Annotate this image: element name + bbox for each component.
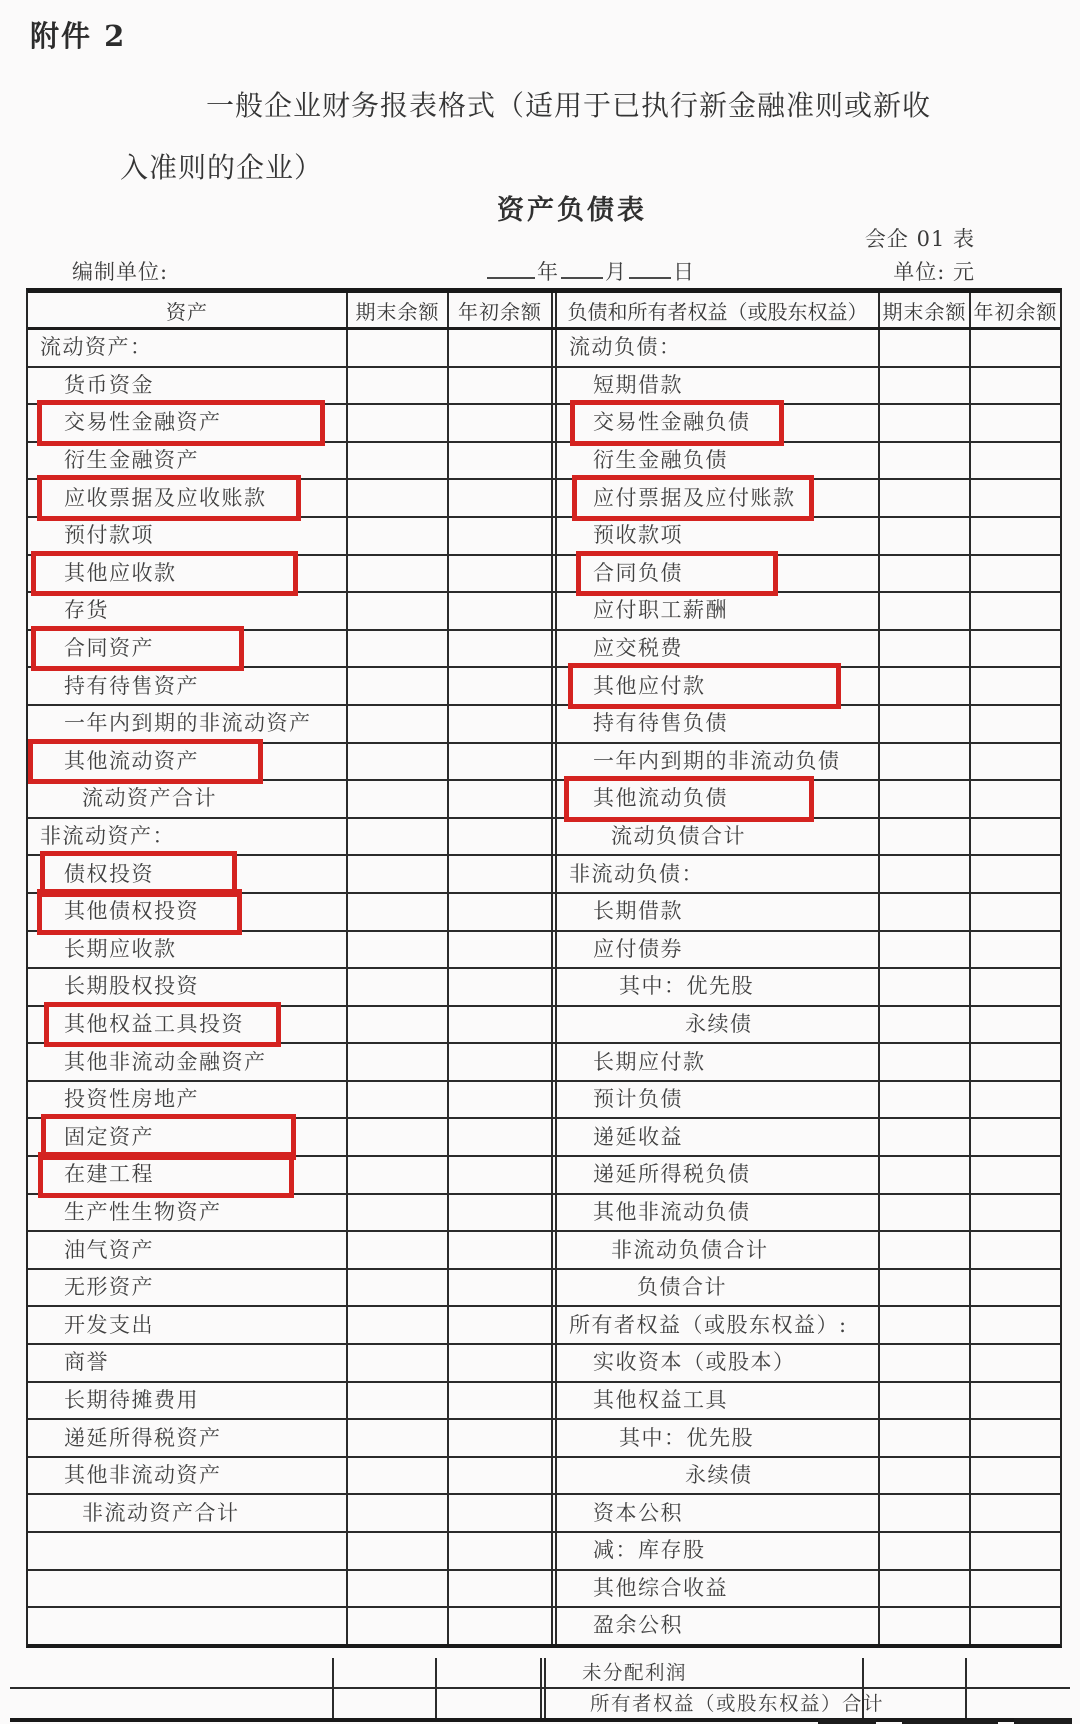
amount-cell [880,1420,971,1456]
label-cell: 长期借款 [551,894,880,930]
amount-cell [348,668,449,704]
amount-cell [449,480,551,516]
day-label: 日 [673,260,695,284]
label-cell: 资本公积 [551,1495,880,1531]
amount-cell [334,1658,437,1687]
amount-cell [348,856,449,892]
amount-cell [449,819,551,855]
label-cell: 商誉 [28,1345,348,1381]
amount-cell [971,1571,1060,1607]
amount-cell [971,1420,1060,1456]
row-label: 交易性金融负债 [557,412,751,433]
year-label: 年 [537,260,559,284]
label-cell: 一年内到期的非流动资产 [28,706,348,742]
header-assets: 资产 [28,293,348,327]
row-label: 预计负债 [557,1089,683,1110]
amount-cell [971,819,1060,855]
day-blank [629,259,671,279]
label-cell: 非流动负债合计 [551,1232,880,1268]
amount-cell [334,1689,437,1718]
table-row: 存货应付职工薪酬 [28,593,1060,631]
amount-cell [449,368,551,404]
amount-cell [880,894,971,930]
row-label: 递延收益 [557,1127,683,1148]
amount-cell [449,1571,551,1607]
amount-cell [971,631,1060,667]
label-cell: 其他流动资产 [28,744,348,780]
amount-cell [348,1044,449,1080]
amount-cell [437,1689,540,1718]
table-row: 递延所得税资产其中：优先股 [28,1420,1060,1458]
row-label: 长期应付款 [557,1052,706,1073]
amount-cell [348,744,449,780]
label-cell: 投资性房地产 [28,1082,348,1118]
amount-cell [449,1533,551,1569]
amount-cell [971,1458,1060,1494]
amount-cell [880,1307,971,1343]
label-cell: 递延所得税负债 [551,1157,880,1193]
amount-cell [880,368,971,404]
header-liabilities-beginning-balance: 年初余额 [971,293,1060,327]
amount-cell [971,706,1060,742]
amount-cell [864,1689,967,1718]
month-blank [561,259,603,279]
row-label: 永续债 [557,1014,753,1035]
row-label: 合同负债 [557,563,683,584]
amount-cell [880,631,971,667]
label-cell: 应付职工薪酬 [551,593,880,629]
amount-cell [348,1420,449,1456]
label-cell: 交易性金融资产 [28,405,348,441]
amount-cell [449,969,551,1005]
table-row: 在建工程递延所得税负债 [28,1157,1060,1195]
amount-cell [971,1345,1060,1381]
table-row: 持有待售资产其他应付款 [28,668,1060,706]
amount-cell [449,1608,551,1644]
amount-cell [880,1007,971,1043]
label-cell: 应交税费 [551,631,880,667]
amount-cell [880,932,971,968]
table-row: 其他流动资产一年内到期的非流动负债 [28,744,1060,782]
amount-cell [880,1383,971,1419]
row-label: 所有者权益（或股东权益）合计 [546,1694,884,1714]
document-title-line2: 入准则的企业） [120,146,323,186]
row-label: 流动负债： [557,337,682,358]
cutoff-mark [1014,1718,1072,1724]
row-label: 预收款项 [557,525,683,546]
amount-cell [449,1119,551,1155]
table-row: 应收票据及应收账款应付票据及应付账款 [28,480,1060,518]
table-row: 货币资金短期借款 [28,368,1060,406]
amount-cell [971,781,1060,817]
amount-cell [437,1658,540,1687]
amount-cell [880,443,971,479]
amount-cell [449,1345,551,1381]
amount-cell [449,1270,551,1306]
amount-cell [348,1119,449,1155]
amount-cell [880,1571,971,1607]
table-row: 债权投资非流动负债： [28,856,1060,894]
table-row: 非流动资产合计资本公积 [28,1495,1060,1533]
row-label: 应付职工薪酬 [557,600,728,621]
amount-cell [348,1270,449,1306]
label-cell: 所有者权益（或股东权益）: [551,1307,880,1343]
amount-cell [880,518,971,554]
row-label: 盈余公积 [557,1615,683,1636]
amount-cell [880,405,971,441]
amount-cell [348,894,449,930]
label-cell: 在建工程 [28,1157,348,1193]
amount-cell [971,668,1060,704]
table-row: 开发支出所有者权益（或股东权益）: [28,1307,1060,1345]
amount-cell [880,330,971,366]
row-label: 长期借款 [557,901,683,922]
amount-cell [880,1495,971,1531]
amount-cell [971,894,1060,930]
amount-cell [449,593,551,629]
amount-cell [880,744,971,780]
row-label: 其他流动负债 [557,788,728,809]
row-label: 其他综合收益 [557,1578,728,1599]
table-row: 减：库存股 [28,1533,1060,1571]
label-cell [28,1571,348,1607]
label-cell: 货币资金 [28,368,348,404]
amount-cell [880,1082,971,1118]
row-label: 未分配利润 [546,1663,687,1683]
label-cell: 预收款项 [551,518,880,554]
attachment-label: 附件 2 [30,14,126,55]
row-label: 长期待摊费用 [28,1390,199,1411]
label-cell: 减：库存股 [551,1533,880,1569]
amount-cell [971,1270,1060,1306]
amount-cell [880,556,971,592]
label-cell: 合同资产 [28,631,348,667]
row-label: 存货 [28,600,109,621]
table-row: 未分配利润 [10,1658,1070,1689]
header-assets-ending-balance: 期末余额 [348,293,449,327]
row-label: 非流动资产合计 [28,1503,240,1524]
row-label: 开发支出 [28,1315,154,1336]
row-label: 非流动负债： [557,864,704,885]
label-cell: 固定资产 [28,1119,348,1155]
label-cell: 预付款项 [28,518,348,554]
row-label: 固定资产 [28,1127,154,1148]
row-label: 应收票据及应收账款 [28,488,267,509]
row-label: 其他非流动负债 [557,1202,751,1223]
amount-cell [971,932,1060,968]
label-cell: 递延收益 [551,1119,880,1155]
label-cell: 流动资产合计 [28,781,348,817]
table-row: 固定资产递延收益 [28,1119,1060,1157]
amount-cell [348,480,449,516]
document-title-line1: 一般企业财务报表格式（适用于已执行新金融准则或新收 [206,84,931,124]
amount-cell [864,1658,967,1687]
amount-cell [449,706,551,742]
label-cell: 永续债 [551,1007,880,1043]
amount-cell [348,1307,449,1343]
row-label: 流动资产： [28,337,153,358]
amount-cell [449,1495,551,1531]
amount-cell [971,556,1060,592]
amount-cell [880,593,971,629]
row-label: 其他非流动资产 [28,1465,222,1486]
amount-cell [880,480,971,516]
row-label: 货币资金 [28,375,154,396]
amount-cell [971,1119,1060,1155]
amount-cell [971,1307,1060,1343]
amount-cell [971,1495,1060,1531]
table-row: 其他债权投资长期借款 [28,894,1060,932]
amount-cell [967,1658,1070,1687]
amount-cell [971,1383,1060,1419]
row-label: 其他流动资产 [28,751,199,772]
table-row: 其他综合收益 [28,1571,1060,1609]
row-label: 其他债权投资 [28,901,199,922]
amount-cell [967,1689,1070,1718]
amount-cell [348,1082,449,1118]
label-cell: 应付票据及应付账款 [551,480,880,516]
amount-cell [348,781,449,817]
amount-cell [348,368,449,404]
row-label: 减：库存股 [557,1540,706,1561]
row-label: 生产性生物资产 [28,1202,222,1223]
table-row: 流动资产合计其他流动负债 [28,781,1060,819]
row-label: 预付款项 [28,525,154,546]
row-label: 其他权益工具投资 [28,1014,244,1035]
amount-cell [348,1383,449,1419]
label-cell: 无形资产 [28,1270,348,1306]
label-cell: 盈余公积 [551,1608,880,1644]
amount-cell [449,443,551,479]
label-cell: 长期应付款 [551,1044,880,1080]
row-label: 债权投资 [28,864,154,885]
row-label: 长期应收款 [28,939,177,960]
label-cell: 非流动资产合计 [28,1495,348,1531]
table-row: 盈余公积 [28,1608,1060,1644]
table-row: 交易性金融资产交易性金融负债 [28,405,1060,443]
table-row: 所有者权益（或股东权益）合计 [10,1689,1070,1718]
amount-cell [449,894,551,930]
amount-cell [971,1232,1060,1268]
label-cell: 一年内到期的非流动负债 [551,744,880,780]
table-row: 其他非流动资产永续债 [28,1458,1060,1496]
label-cell: 生产性生物资产 [28,1195,348,1231]
label-cell: 其他非流动金融资产 [28,1044,348,1080]
row-label: 持有待售负债 [557,713,728,734]
row-label: 非流动负债合计 [557,1240,769,1261]
amount-cell [880,1232,971,1268]
label-cell: 流动负债： [551,330,880,366]
balance-sheet-table: 资产 期末余额 年初余额 负债和所有者权益（或股东权益） 期末余额 年初余额 流… [26,288,1062,1648]
table-row: 投资性房地产预计负债 [28,1082,1060,1120]
amount-cell [449,744,551,780]
label-cell: 其他应收款 [28,556,348,592]
label-cell: 开发支出 [28,1307,348,1343]
amount-cell [971,856,1060,892]
amount-cell [971,330,1060,366]
label-cell: 应付债券 [551,932,880,968]
row-label: 无形资产 [28,1277,154,1298]
label-cell: 未分配利润 [540,1658,864,1687]
amount-cell [880,706,971,742]
table-row: 油气资产非流动负债合计 [28,1232,1060,1270]
cutoff-mark [902,1720,998,1724]
header-liabilities-equity: 负债和所有者权益（或股东权益） [551,293,880,327]
table-row: 非流动资产：流动负债合计 [28,819,1060,857]
amount-cell [348,443,449,479]
label-cell: 递延所得税资产 [28,1420,348,1456]
table-fragment-next-page: 未分配利润所有者权益（或股东权益）合计 [10,1658,1070,1722]
label-cell: 持有待售资产 [28,668,348,704]
label-cell: 流动资产： [28,330,348,366]
amount-cell [971,368,1060,404]
table-row: 其他应收款合同负债 [28,556,1060,594]
amount-cell [880,1608,971,1644]
row-label: 在建工程 [28,1164,154,1185]
amount-cell [449,1232,551,1268]
label-cell: 其他债权投资 [28,894,348,930]
amount-cell [449,330,551,366]
amount-cell [449,856,551,892]
table-row: 生产性生物资产其他非流动负债 [28,1195,1060,1233]
label-cell: 持有待售负债 [551,706,880,742]
amount-cell [348,1458,449,1494]
label-cell [10,1658,334,1687]
amount-cell [348,1195,449,1231]
label-cell: 长期应收款 [28,932,348,968]
amount-cell [449,1458,551,1494]
amount-cell [880,1345,971,1381]
row-label: 持有待售资产 [28,676,199,697]
amount-cell [449,1307,551,1343]
row-label: 永续债 [557,1465,753,1486]
amount-cell [880,1157,971,1193]
amount-cell [348,1571,449,1607]
row-label: 短期借款 [557,375,683,396]
label-cell [28,1533,348,1569]
amount-cell [880,781,971,817]
label-cell: 合同负债 [551,556,880,592]
label-cell: 其他应付款 [551,668,880,704]
row-label: 其他应收款 [28,563,177,584]
row-label: 长期股权投资 [28,976,199,997]
amount-cell [971,1608,1060,1644]
amount-cell [449,1383,551,1419]
amount-cell [348,1345,449,1381]
table-row: 商誉实收资本（或股本） [28,1345,1060,1383]
amount-cell [348,330,449,366]
row-label: 所有者权益（或股东权益）: [557,1315,848,1336]
label-cell: 永续债 [551,1458,880,1494]
amount-cell [880,668,971,704]
label-cell: 其他权益工具投资 [28,1007,348,1043]
table-row: 合同资产应交税费 [28,631,1060,669]
amount-cell [449,1007,551,1043]
amount-cell [348,405,449,441]
amount-cell [971,443,1060,479]
row-label: 衍生金融负债 [557,450,728,471]
row-label: 交易性金融资产 [28,412,222,433]
label-cell: 流动负债合计 [551,819,880,855]
label-cell: 其他权益工具 [551,1383,880,1419]
row-label: 其他权益工具 [557,1390,728,1411]
row-label: 应交税费 [557,638,683,659]
row-label: 其中：优先股 [557,976,754,997]
label-cell: 所有者权益（或股东权益）合计 [540,1689,864,1718]
amount-cell [449,781,551,817]
row-label: 一年内到期的非流动负债 [557,751,841,772]
table-row: 无形资产负债合计 [28,1270,1060,1308]
label-cell: 衍生金融资产 [28,443,348,479]
amount-cell [449,1420,551,1456]
label-cell: 存货 [28,593,348,629]
row-label: 应付票据及应付账款 [557,488,796,509]
label-cell: 应收票据及应收账款 [28,480,348,516]
amount-cell [348,556,449,592]
label-cell: 短期借款 [551,368,880,404]
amount-cell [348,518,449,554]
label-cell: 交易性金融负债 [551,405,880,441]
amount-cell [880,1119,971,1155]
label-cell: 长期股权投资 [28,969,348,1005]
row-label: 衍生金融资产 [28,450,199,471]
label-cell: 其他非流动资产 [28,1458,348,1494]
amount-cell [449,556,551,592]
amount-cell [449,1157,551,1193]
amount-cell [348,631,449,667]
label-cell: 负债合计 [551,1270,880,1306]
row-label: 递延所得税负债 [557,1164,751,1185]
amount-cell [971,1157,1060,1193]
amount-cell [348,1232,449,1268]
table-row: 预付款项预收款项 [28,518,1060,556]
amount-cell [880,969,971,1005]
amount-cell [348,819,449,855]
table-row: 一年内到期的非流动资产持有待售负债 [28,706,1060,744]
amount-cell [348,1495,449,1531]
amount-cell [971,593,1060,629]
amount-cell [971,1082,1060,1118]
row-label: 流动负债合计 [557,826,746,847]
label-cell: 其他综合收益 [551,1571,880,1607]
amount-cell [880,1458,971,1494]
row-label: 油气资产 [28,1240,154,1261]
label-cell [10,1689,334,1718]
table-row: 其他权益工具投资永续债 [28,1007,1060,1045]
amount-cell [348,1533,449,1569]
label-cell: 其中：优先股 [551,969,880,1005]
form-code: 会企 01 表 [865,223,975,253]
amount-cell [348,932,449,968]
header-assets-beginning-balance: 年初余额 [449,293,551,327]
month-label: 月 [605,260,627,284]
amount-cell [449,1044,551,1080]
label-cell: 预计负债 [551,1082,880,1118]
amount-cell [971,480,1060,516]
amount-cell [449,1195,551,1231]
prepared-by-label: 编制单位: [72,256,168,286]
label-cell [28,1608,348,1644]
amount-cell [449,405,551,441]
amount-cell [971,518,1060,554]
amount-cell [880,856,971,892]
amount-cell [449,932,551,968]
row-label: 资本公积 [557,1503,683,1524]
row-label: 商誉 [28,1352,109,1373]
amount-cell [971,1533,1060,1569]
row-label: 投资性房地产 [28,1089,199,1110]
unit-label: 单位: 元 [893,256,975,286]
